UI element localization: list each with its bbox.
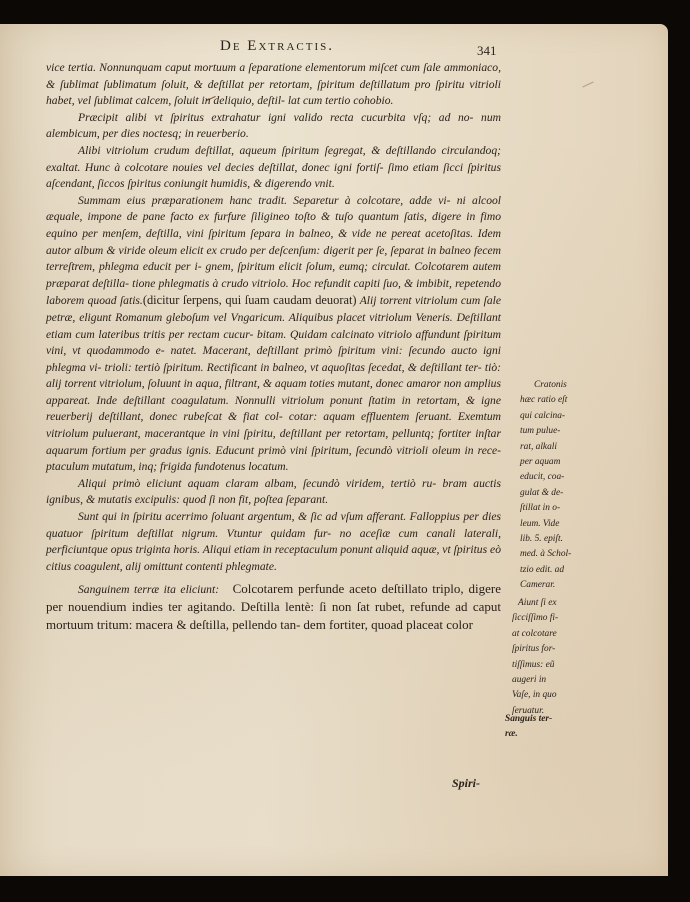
- paragraph-1: vice tertia. Nonnunquam caput mortuum a …: [46, 60, 501, 110]
- page-number: 341: [477, 43, 497, 59]
- catchword: Spiri-: [452, 776, 480, 791]
- italic-lead: Sanguinem terræ ita eliciunt:: [78, 583, 219, 596]
- running-title: De Extractis.: [220, 38, 334, 55]
- paragraph-7: Sanguinem terræ ita eliciunt: Colcotarem…: [46, 581, 501, 634]
- roman-insert: (dicitur ſerpens, qui ſuam caudam deuora…: [143, 293, 357, 307]
- marginal-note-sanguis: Sanguis ter- ræ.: [505, 712, 573, 743]
- marginal-note-aiunt: Aiunt ſi ex ſicciſſimo fi- at colcotare …: [512, 596, 580, 719]
- paper-mark: [582, 82, 593, 88]
- paragraph-6: Sunt qui in ſpiritu acerrimo ſoluant arg…: [46, 509, 501, 575]
- main-text-block: vice tertia. Nonnunquam caput mortuum a …: [46, 60, 501, 634]
- paragraph-3: Alibi vitriolum crudum deſtillat, aqueum…: [46, 143, 501, 193]
- paragraph-4: Summam eius præparationem hanc tradit. S…: [46, 193, 501, 476]
- paragraph-5: Aliqui primò eliciunt aquam claram albam…: [46, 476, 501, 509]
- marginal-note-cratonis: Cratonis hæc ratio eſt qui calcina- tum …: [520, 378, 588, 594]
- paragraph-2: Præcipit alibi vt ſpiritus extrahatur ig…: [46, 110, 501, 143]
